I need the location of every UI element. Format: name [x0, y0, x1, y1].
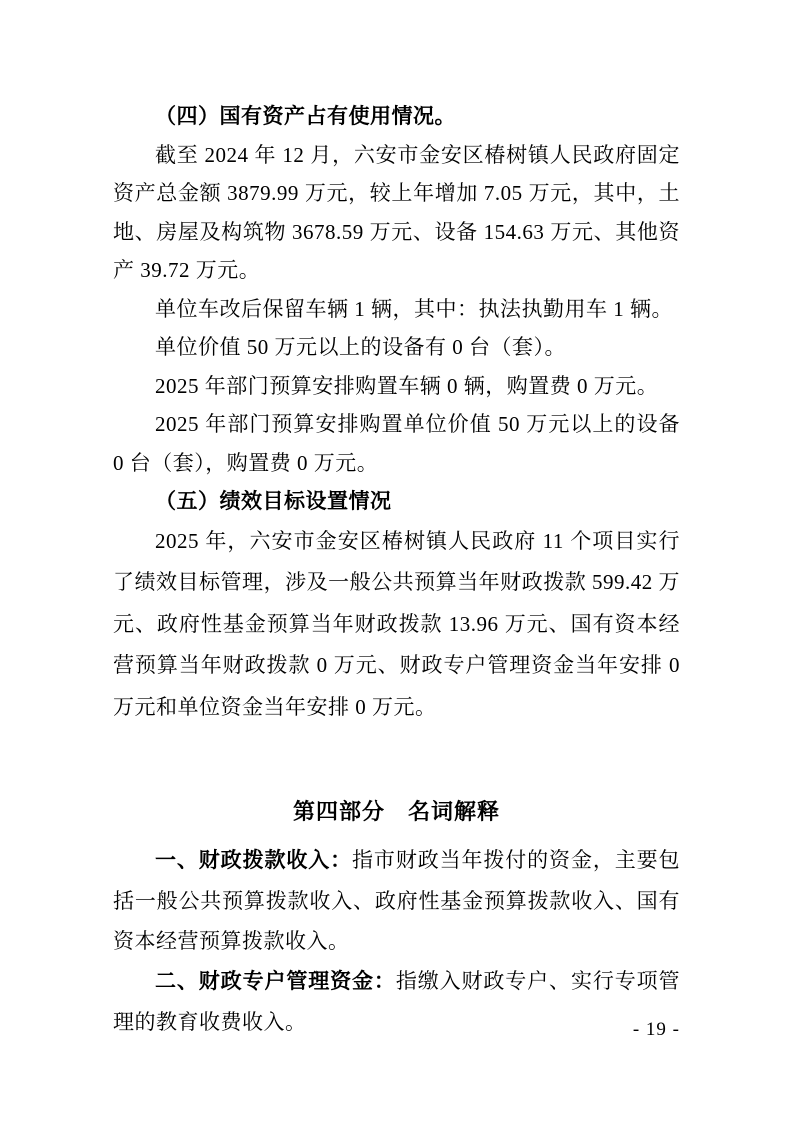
- glossary-term-special-account-funds: 二、财政专户管理资金：: [155, 970, 396, 993]
- section-glossary: 第四部分 名词解释 一、财政拨款收入：指市财政当年拨付的资金，主要包括一般公共预…: [113, 792, 680, 1042]
- section-heading-performance: （五）绩效目标设置情况: [113, 482, 680, 521]
- document-page: （四）国有资产占有使用情况。 截至 2024 年 12 月，六安市金安区椿树镇人…: [0, 0, 793, 1122]
- paragraph-performance-targets: 2025 年，六安市金安区椿树镇人民政府 11 个项目实行了绩效目标管理，涉及一…: [113, 521, 680, 729]
- glossary-item: 一、财政拨款收入：指市财政当年拨付的资金，主要包括一般公共预算拨款收入、政府性基…: [113, 840, 680, 961]
- paragraph-2025-vehicle-purchase: 2025 年部门预算安排购置车辆 0 辆，购置费 0 万元。: [113, 367, 680, 406]
- part4-title: 第四部分 名词解释: [113, 792, 680, 832]
- glossary-term-fiscal-appropriation-income: 一、财政拨款收入：: [155, 849, 352, 872]
- paragraph-vehicles-retained: 单位车改后保留车辆 1 辆，其中：执法执勤用车 1 辆。: [113, 290, 680, 329]
- section-assets: （四）国有资产占有使用情况。 截至 2024 年 12 月，六安市金安区椿树镇人…: [113, 97, 680, 482]
- section-performance-targets: （五）绩效目标设置情况 2025 年，六安市金安区椿树镇人民政府 11 个项目实…: [113, 482, 680, 728]
- page-number: - 19 -: [633, 1018, 680, 1042]
- paragraph-equipment-over-50w: 单位价值 50 万元以上的设备有 0 台（套）。: [113, 328, 680, 367]
- section-heading-assets: （四）国有资产占有使用情况。: [113, 97, 680, 136]
- paragraph-2025-equipment-purchase: 2025 年部门预算安排购置单位价值 50 万元以上的设备 0 台（套），购置费…: [113, 405, 680, 482]
- paragraph-assets-overview: 截至 2024 年 12 月，六安市金安区椿树镇人民政府固定资产总金额 3879…: [113, 136, 680, 290]
- glossary-item: 二、财政专户管理资金：指缴入财政专户、实行专项管理的教育收费收入。: [113, 961, 680, 1042]
